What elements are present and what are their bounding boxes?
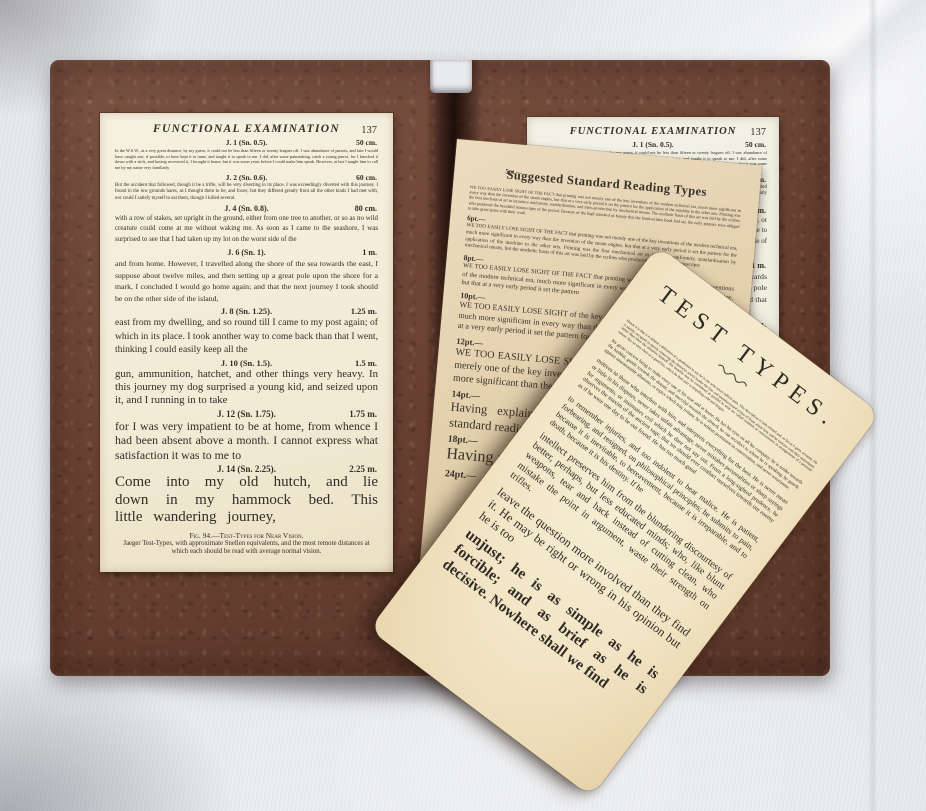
page-number: 137 bbox=[750, 126, 766, 139]
entry-label: J. 2 (Sn. 0.6). bbox=[226, 173, 267, 182]
jaeger-entry-j10: J. 10 (Sn. 1.5).1.5 m. gun, ammunition, … bbox=[115, 358, 378, 407]
entry-text: Come into my old hutch, and lie down in … bbox=[115, 474, 378, 526]
size-label-5pt: 5pt.— bbox=[505, 168, 523, 176]
jaeger-entry-j4: J. 4 (Sn. 0.8).80 cm. with a row of stak… bbox=[115, 204, 378, 246]
entry-label: J. 14 (Sn. 2.25). bbox=[217, 464, 276, 474]
figure-caption-text: Jaeger Test-Types, with approximate Snel… bbox=[115, 540, 378, 556]
entry-text: But the accident that followed, though i… bbox=[115, 183, 378, 201]
page-header: FUNCTIONAL EXAMINATION 137 bbox=[115, 123, 378, 136]
figure-caption: Fig. 94.—Test-Types for Near Vision. Jae… bbox=[115, 531, 378, 556]
entry-label: J. 6 (Sn. 1). bbox=[227, 248, 265, 257]
entry-distance: 1.25 m. bbox=[351, 306, 377, 316]
entry-text: east from my dwelling, and so round till… bbox=[115, 316, 378, 356]
entry-distance: 2.25 m. bbox=[349, 464, 377, 474]
entry-distance: 1.75 m. bbox=[349, 409, 377, 419]
entry-label: J. 4 (Sn. 0.8). bbox=[224, 204, 268, 213]
page-number: 137 bbox=[361, 124, 377, 137]
entry-text: In the W.S.W., at a very great distance;… bbox=[115, 148, 378, 170]
entry-label: J. 1 (Sn. 0.5). bbox=[226, 138, 267, 147]
entry-text: and from home. However, I travelled alon… bbox=[115, 258, 378, 304]
entry-text: for I was very impatient to be at home, … bbox=[115, 419, 378, 462]
entry-text: gun, ammunition, hatchet, and other thin… bbox=[115, 368, 378, 407]
page-header: FUNCTIONAL EXAMINATION 137 bbox=[539, 125, 767, 138]
entry-distance: 1 m. bbox=[751, 261, 766, 271]
entry-label: J. 1 (Sn. 0.5). bbox=[632, 140, 673, 149]
left-test-card: FUNCTIONAL EXAMINATION 137 J. 1 (Sn. 0.5… bbox=[100, 113, 393, 572]
entry-distance: 80 cm. bbox=[355, 204, 377, 214]
jaeger-entry-j2: J. 2 (Sn. 0.6).60 cm. But the accident t… bbox=[115, 173, 378, 201]
figure-caption-title: Fig. 94.—Test-Types for Near Vision. bbox=[115, 531, 378, 540]
entry-label: J. 8 (Sn. 1.25). bbox=[221, 306, 272, 316]
entry-distance: 60 cm. bbox=[356, 173, 377, 183]
page-title: FUNCTIONAL EXAMINATION bbox=[153, 123, 340, 135]
jaeger-entry-j1: J. 1 (Sn. 0.5).50 cm. In the W.S.W., at … bbox=[115, 138, 378, 170]
entry-label: J. 12 (Sn. 1.75). bbox=[217, 409, 276, 419]
photo-of-jaeger-test-type-case: { "left_page": { "header": { "title": "F… bbox=[0, 0, 926, 811]
entry-distance: 1 m. bbox=[362, 248, 377, 258]
page-title: FUNCTIONAL EXAMINATION bbox=[570, 126, 737, 137]
entry-label: J. 10 (Sn. 1.5). bbox=[221, 358, 272, 368]
jaeger-entry-j8: J. 8 (Sn. 1.25).1.25 m. east from my dwe… bbox=[115, 306, 378, 356]
entry-distance: 1.5 m. bbox=[355, 358, 377, 368]
entry-distance: 50 cm. bbox=[356, 138, 377, 148]
spine-gap-fabric bbox=[430, 60, 472, 93]
jaeger-entry-j6: J. 6 (Sn. 1).1 m. and from home. However… bbox=[115, 248, 378, 304]
jaeger-entry-j12: J. 12 (Sn. 1.75).1.75 m. for I was very … bbox=[115, 409, 378, 462]
jaeger-entry-j14: J. 14 (Sn. 2.25).2.25 m. Come into my ol… bbox=[115, 464, 378, 526]
entry-text: with a row of stakes, set upright in the… bbox=[115, 214, 378, 246]
entry-distance: 50 cm. bbox=[745, 140, 766, 150]
